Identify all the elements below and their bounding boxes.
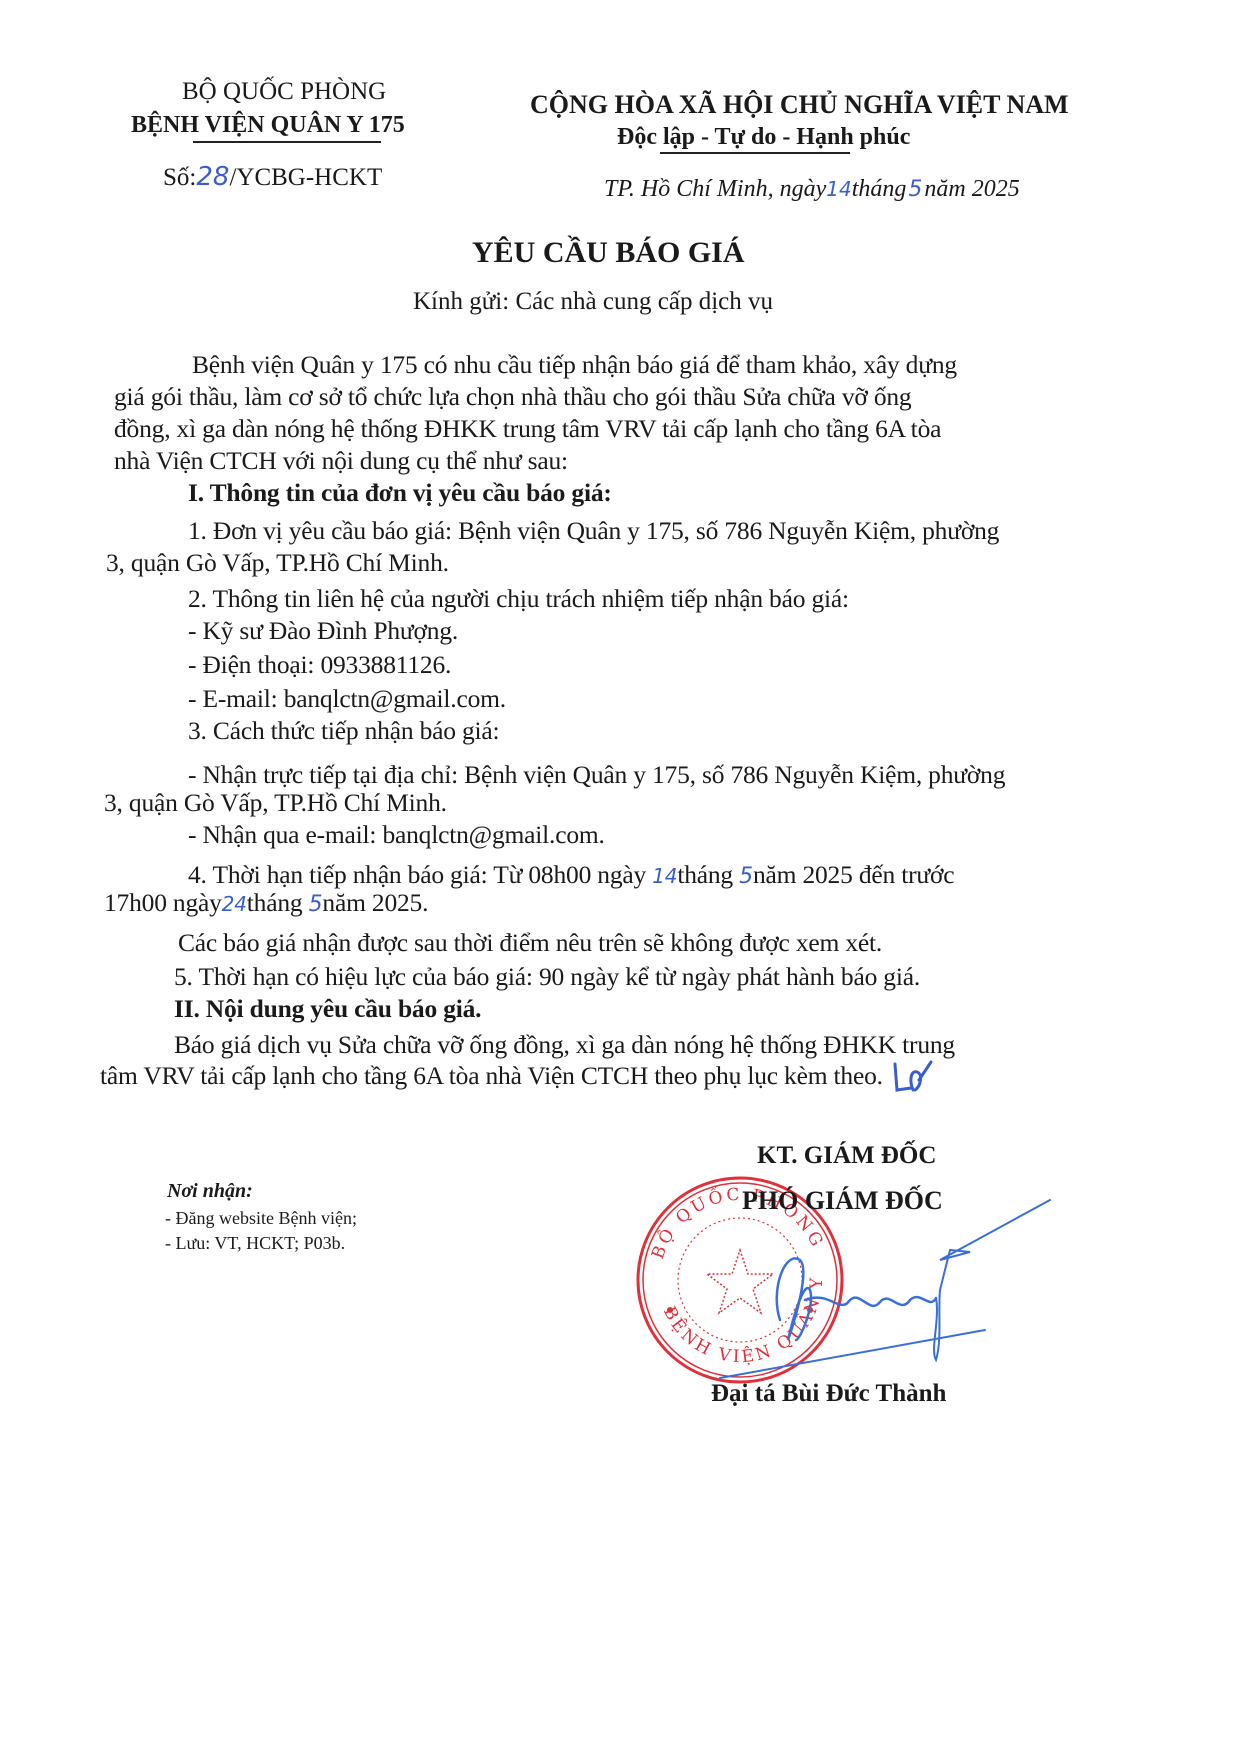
recipient-item-archive: - Lưu: VT, HCKT; P03b. <box>165 1233 345 1254</box>
item-2-heading: 2. Thông tin liên hệ của người chịu trác… <box>188 584 849 614</box>
doc-number-prefix: Số: <box>163 164 196 191</box>
signature-title-1: KT. GIÁM ĐỐC <box>757 1142 936 1170</box>
intro-line-3: đồng, xì ga dàn nóng hệ thống ĐHKK trung… <box>114 414 941 444</box>
late-note: Các báo giá nhận được sau thời điểm nêu … <box>178 928 882 958</box>
recipient-line: Kính gửi: Các nhà cung cấp dịch vụ <box>413 288 773 316</box>
handwritten-signature <box>700 1190 1170 1390</box>
item-4-line2-suffix: năm 2025. <box>322 888 428 917</box>
contact-email: - E-mail: banqlctn@gmail.com. <box>188 684 506 714</box>
place-date-prefix: TP. Hồ Chí Minh, ngày <box>604 176 826 202</box>
month-label-1: tháng <box>677 860 733 889</box>
end-month-handwritten: 5 <box>309 892 323 917</box>
date-day-handwritten: 14 <box>826 177 851 201</box>
contact-name: - Kỹ sư Đào Đình Phượng. <box>188 616 458 646</box>
intro-line-4: nhà Viện CTCH với nội dung cụ thể như sa… <box>114 446 568 476</box>
place-date: TP. Hồ Chí Minh, ngày14tháng5năm 2025 <box>604 176 1020 203</box>
section-2-line-1: Báo giá dịch vụ Sửa chữa vỡ ống đồng, xì… <box>174 1030 955 1060</box>
nation-heading: CỘNG HÒA XÃ HỘI CHỦ NGHĨA VIỆT NAM <box>530 90 1069 120</box>
contact-phone: - Điện thoại: 0933881126. <box>188 650 451 680</box>
item-4-line2-prefix: 17h00 ngày <box>104 888 222 917</box>
section-1-heading: I. Thông tin của đơn vị yêu cầu báo giá: <box>188 478 612 508</box>
start-day-handwritten: 14 <box>652 864 677 888</box>
doc-number-suffix: /YCBG-HCKT <box>229 164 382 191</box>
item-5: 5. Thời hạn có hiệu lực của báo giá: 90 … <box>174 962 920 992</box>
recipients-label: Nơi nhận: <box>167 1180 253 1203</box>
intro-line-1: Bệnh viện Quân y 175 có nhu cầu tiếp nhậ… <box>192 350 957 380</box>
ministry-name: BỘ QUỐC PHÒNG <box>182 78 386 106</box>
signer-name: Đại tá Bùi Đức Thành <box>711 1380 946 1408</box>
document-title: YÊU CẦU BÁO GIÁ <box>472 236 745 270</box>
item-3-direct-line-1: - Nhận trực tiếp tại địa chỉ: Bệnh viện … <box>188 760 1005 790</box>
start-month-handwritten: 5 <box>739 864 753 889</box>
item-4-line-2: 17h00 ngày24tháng 5năm 2025. <box>104 888 428 918</box>
motto: Độc lập - Tự do - Hạnh phúc <box>617 124 910 151</box>
item-1-line-1: 1. Đơn vị yêu cầu báo giá: Bệnh viện Quâ… <box>188 516 999 546</box>
recipient-item-website: - Đăng website Bệnh viện; <box>165 1208 357 1229</box>
month-label: tháng <box>852 176 907 202</box>
section-2-line-2: tâm VRV tải cấp lạnh cho tầng 6A tòa nhà… <box>100 1060 935 1096</box>
item-3-heading: 3. Cách thức tiếp nhận báo giá: <box>188 716 499 746</box>
hospital-underline <box>193 141 381 143</box>
section-2-heading: II. Nội dung yêu cầu báo giá. <box>174 994 481 1024</box>
month-label-2: tháng <box>247 888 303 917</box>
section-2-line-2-text: tâm VRV tải cấp lạnh cho tầng 6A tòa nhà… <box>100 1061 883 1090</box>
item-3-direct-line-2: 3, quận Gò Vấp, TP.Hồ Chí Minh. <box>104 788 447 818</box>
item-4-prefix: 4. Thời hạn tiếp nhận báo giá: Từ 08h00 … <box>188 860 646 889</box>
motto-underline <box>660 152 850 154</box>
doc-number-handwritten: 28 <box>196 162 229 192</box>
date-month-handwritten: 5 <box>906 177 924 202</box>
item-1-line-2: 3, quận Gò Vấp, TP.Hồ Chí Minh. <box>106 548 449 578</box>
item-4-line-1: 4. Thời hạn tiếp nhận báo giá: Từ 08h00 … <box>188 860 954 890</box>
hospital-name: BỆNH VIỆN QUÂN Y 175 <box>131 112 405 139</box>
year-label: năm 2025 <box>924 176 1019 202</box>
initials-mark-icon <box>891 1060 935 1096</box>
document-number: Số:28/YCBG-HCKT <box>163 162 382 192</box>
item-4-mid: năm 2025 đến trước <box>753 860 954 889</box>
intro-line-2: giá gói thầu, làm cơ sở tổ chức lựa chọn… <box>114 382 912 412</box>
end-day-handwritten: 24 <box>222 892 247 916</box>
item-3-email: - Nhận qua e-mail: banqlctn@gmail.com. <box>188 820 605 850</box>
